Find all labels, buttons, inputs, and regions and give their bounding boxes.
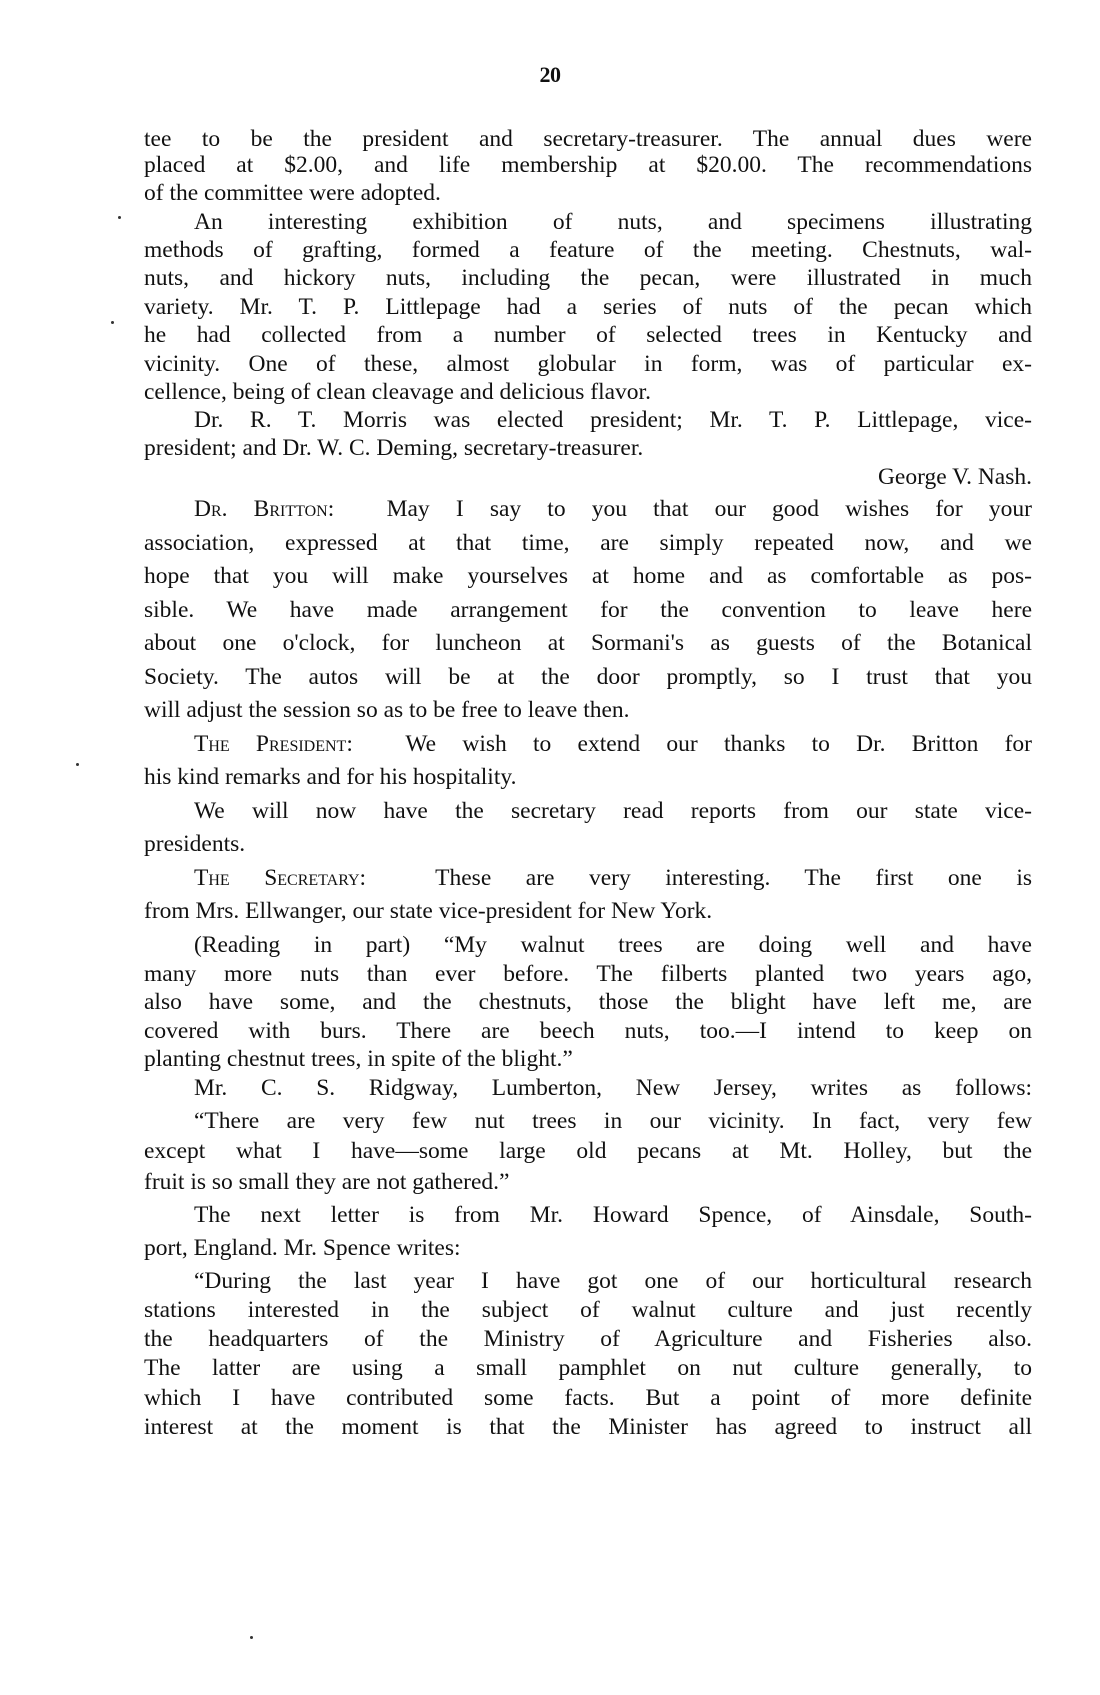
text-line: stations interested in the subject of wa… — [144, 1296, 1032, 1324]
text-line: planting chestnut trees, in spite of the… — [144, 1045, 1032, 1073]
text-line: from Mrs. Ellwanger, our state vice-pres… — [144, 897, 1032, 925]
text-line: “There are very few nut trees in our vic… — [194, 1107, 1032, 1135]
line-text: sible. We have made arrangement for the … — [144, 597, 1032, 623]
page-number: 20 — [0, 62, 1100, 88]
text-line: interest at the moment is that the Minis… — [144, 1413, 1032, 1441]
text-line: tee to be the president and secretary-tr… — [144, 125, 1032, 153]
speaker-label: Dr. Britton: — [194, 496, 387, 522]
text-line: (Reading in part) “My walnut trees are d… — [194, 931, 1032, 959]
text-line: cellence, being of clean cleavage and de… — [144, 378, 1032, 406]
line-text: presidents. — [144, 831, 245, 857]
line-text: except what I have—some large old pecans… — [144, 1138, 1032, 1164]
line-text: Dr. R. T. Morris was elected president; … — [194, 407, 1032, 433]
text-line: The latter are using a small pamphlet on… — [144, 1354, 1032, 1382]
line-text: of the committee were adopted. — [144, 180, 441, 206]
text-line: president; and Dr. W. C. Deming, secreta… — [144, 434, 1032, 462]
line-text: will adjust the session so as to be free… — [144, 697, 630, 723]
speaker-label: The President: — [194, 731, 405, 757]
text-line: many more nuts than ever before. The fil… — [144, 960, 1032, 988]
line-text: from Mrs. Ellwanger, our state vice-pres… — [144, 898, 712, 924]
document-page: 20 tee to be the president and secretary… — [0, 0, 1100, 1695]
text-line: presidents. — [144, 830, 1032, 858]
scan-speck — [250, 1636, 253, 1639]
text-line: Mr. C. S. Ridgway, Lumberton, New Jersey… — [194, 1074, 1032, 1102]
line-text: Society. The autos will be at the door p… — [144, 664, 1032, 690]
line-text: stations interested in the subject of wa… — [144, 1297, 1032, 1323]
line-text: May I say to you that our good wishes fo… — [387, 496, 1032, 522]
text-line: methods of grafting, formed a feature of… — [144, 236, 1032, 264]
text-line: nuts, and hickory nuts, including the pe… — [144, 264, 1032, 292]
line-text: his kind remarks and for his hospitality… — [144, 764, 516, 790]
text-line: of the committee were adopted. — [144, 179, 1032, 207]
line-text: also have some, and the chestnuts, those… — [144, 989, 1032, 1015]
text-line: placed at $2.00, and life membership at … — [144, 151, 1032, 179]
line-text: hope that you will make yourselves at ho… — [144, 563, 1032, 589]
text-line: his kind remarks and for his hospitality… — [144, 763, 1032, 791]
line-text: We will now have the secretary read repo… — [194, 798, 1032, 824]
scan-speck — [118, 216, 121, 219]
speaker-label: The Secretary: — [194, 865, 435, 891]
text-line: vicinity. One of these, almost globular … — [144, 350, 1032, 378]
line-text: which I have contributed some facts. But… — [144, 1385, 1032, 1411]
line-text: The latter are using a small pamphlet on… — [144, 1355, 1032, 1381]
text-line: Society. The autos will be at the door p… — [144, 663, 1032, 691]
line-text: about one o'clock, for luncheon at Sorma… — [144, 630, 1032, 656]
line-text: methods of grafting, formed a feature of… — [144, 237, 1032, 263]
line-text: port, England. Mr. Spence writes: — [144, 1235, 461, 1261]
text-line: he had collected from a number of select… — [144, 321, 1032, 349]
text-line: will adjust the session so as to be free… — [144, 696, 1032, 724]
line-text: covered with burs. There are beech nuts,… — [144, 1018, 1032, 1044]
text-line: sible. We have made arrangement for the … — [144, 596, 1032, 624]
line-text: nuts, and hickory nuts, including the pe… — [144, 265, 1032, 291]
line-text: “There are very few nut trees in our vic… — [194, 1108, 1032, 1134]
line-text: cellence, being of clean cleavage and de… — [144, 379, 651, 405]
text-line: also have some, and the chestnuts, those… — [144, 988, 1032, 1016]
text-line: fruit is so small they are not gathered.… — [144, 1168, 1032, 1196]
line-text: Mr. C. S. Ridgway, Lumberton, New Jersey… — [194, 1075, 1032, 1101]
text-line: which I have contributed some facts. But… — [144, 1384, 1032, 1412]
text-line: The President: We wish to extend our tha… — [194, 730, 1032, 758]
text-line: association, expressed at that time, are… — [144, 529, 1032, 557]
line-text: planting chestnut trees, in spite of the… — [144, 1046, 573, 1072]
text-line: port, England. Mr. Spence writes: — [144, 1234, 1032, 1262]
text-line: The next letter is from Mr. Howard Spenc… — [194, 1201, 1032, 1229]
line-text: the headquarters of the Ministry of Agri… — [144, 1326, 1032, 1352]
line-text: (Reading in part) “My walnut trees are d… — [194, 932, 1032, 958]
text-line: about one o'clock, for luncheon at Sorma… — [144, 629, 1032, 657]
text-line: We will now have the secretary read repo… — [194, 797, 1032, 825]
line-text: tee to be the president and secretary-tr… — [144, 126, 1032, 152]
line-text: many more nuts than ever before. The fil… — [144, 961, 1032, 987]
line-text: vicinity. One of these, almost globular … — [144, 351, 1032, 377]
line-text: fruit is so small they are not gathered.… — [144, 1169, 509, 1195]
scan-speck — [76, 763, 79, 766]
line-text: president; and Dr. W. C. Deming, secreta… — [144, 435, 643, 461]
text-line: hope that you will make yourselves at ho… — [144, 562, 1032, 590]
line-text: An interesting exhibition of nuts, and s… — [194, 209, 1032, 235]
text-line: except what I have—some large old pecans… — [144, 1137, 1032, 1165]
scan-speck — [111, 321, 114, 324]
text-line: George V. Nash. — [144, 463, 1032, 491]
line-text: We wish to extend our thanks to Dr. Brit… — [405, 731, 1032, 757]
line-text: “During the last year I have got one of … — [194, 1268, 1032, 1294]
line-text: association, expressed at that time, are… — [144, 530, 1032, 556]
text-line: variety. Mr. T. P. Littlepage had a seri… — [144, 293, 1032, 321]
text-line: The Secretary: These are very interestin… — [194, 864, 1032, 892]
text-line: covered with burs. There are beech nuts,… — [144, 1017, 1032, 1045]
line-text: George V. Nash. — [878, 464, 1032, 490]
text-line: the headquarters of the Ministry of Agri… — [144, 1325, 1032, 1353]
line-text: The next letter is from Mr. Howard Spenc… — [194, 1202, 1032, 1228]
line-text: placed at $2.00, and life membership at … — [144, 152, 1032, 178]
text-line: An interesting exhibition of nuts, and s… — [194, 208, 1032, 236]
line-text: interest at the moment is that the Minis… — [144, 1414, 1032, 1440]
line-text: he had collected from a number of select… — [144, 322, 1032, 348]
line-text: These are very interesting. The first on… — [435, 865, 1032, 891]
text-line: Dr. R. T. Morris was elected president; … — [194, 406, 1032, 434]
text-line: “During the last year I have got one of … — [194, 1267, 1032, 1295]
text-line: Dr. Britton: May I say to you that our g… — [194, 495, 1032, 523]
line-text: variety. Mr. T. P. Littlepage had a seri… — [144, 294, 1032, 320]
